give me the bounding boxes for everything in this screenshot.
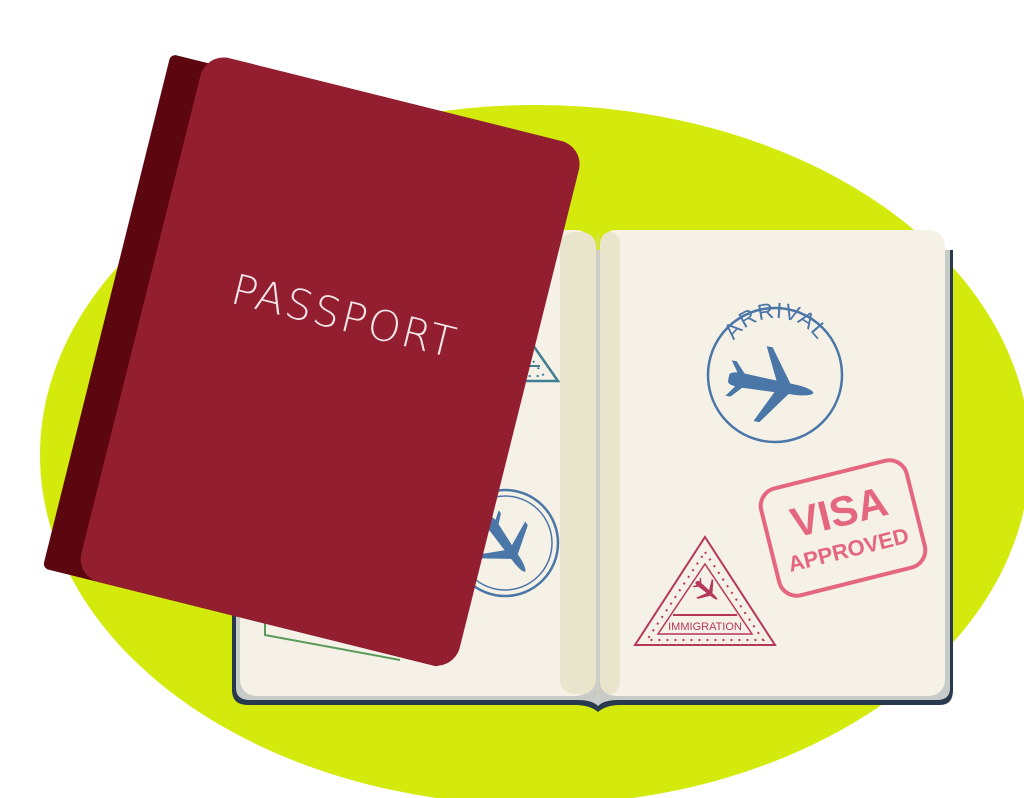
immigration-right-label: IMMIGRATION — [668, 621, 742, 633]
passport-illustration: ION ARRIVAL VISA APPROVED IMMIGRATION PA… — [0, 0, 1024, 798]
